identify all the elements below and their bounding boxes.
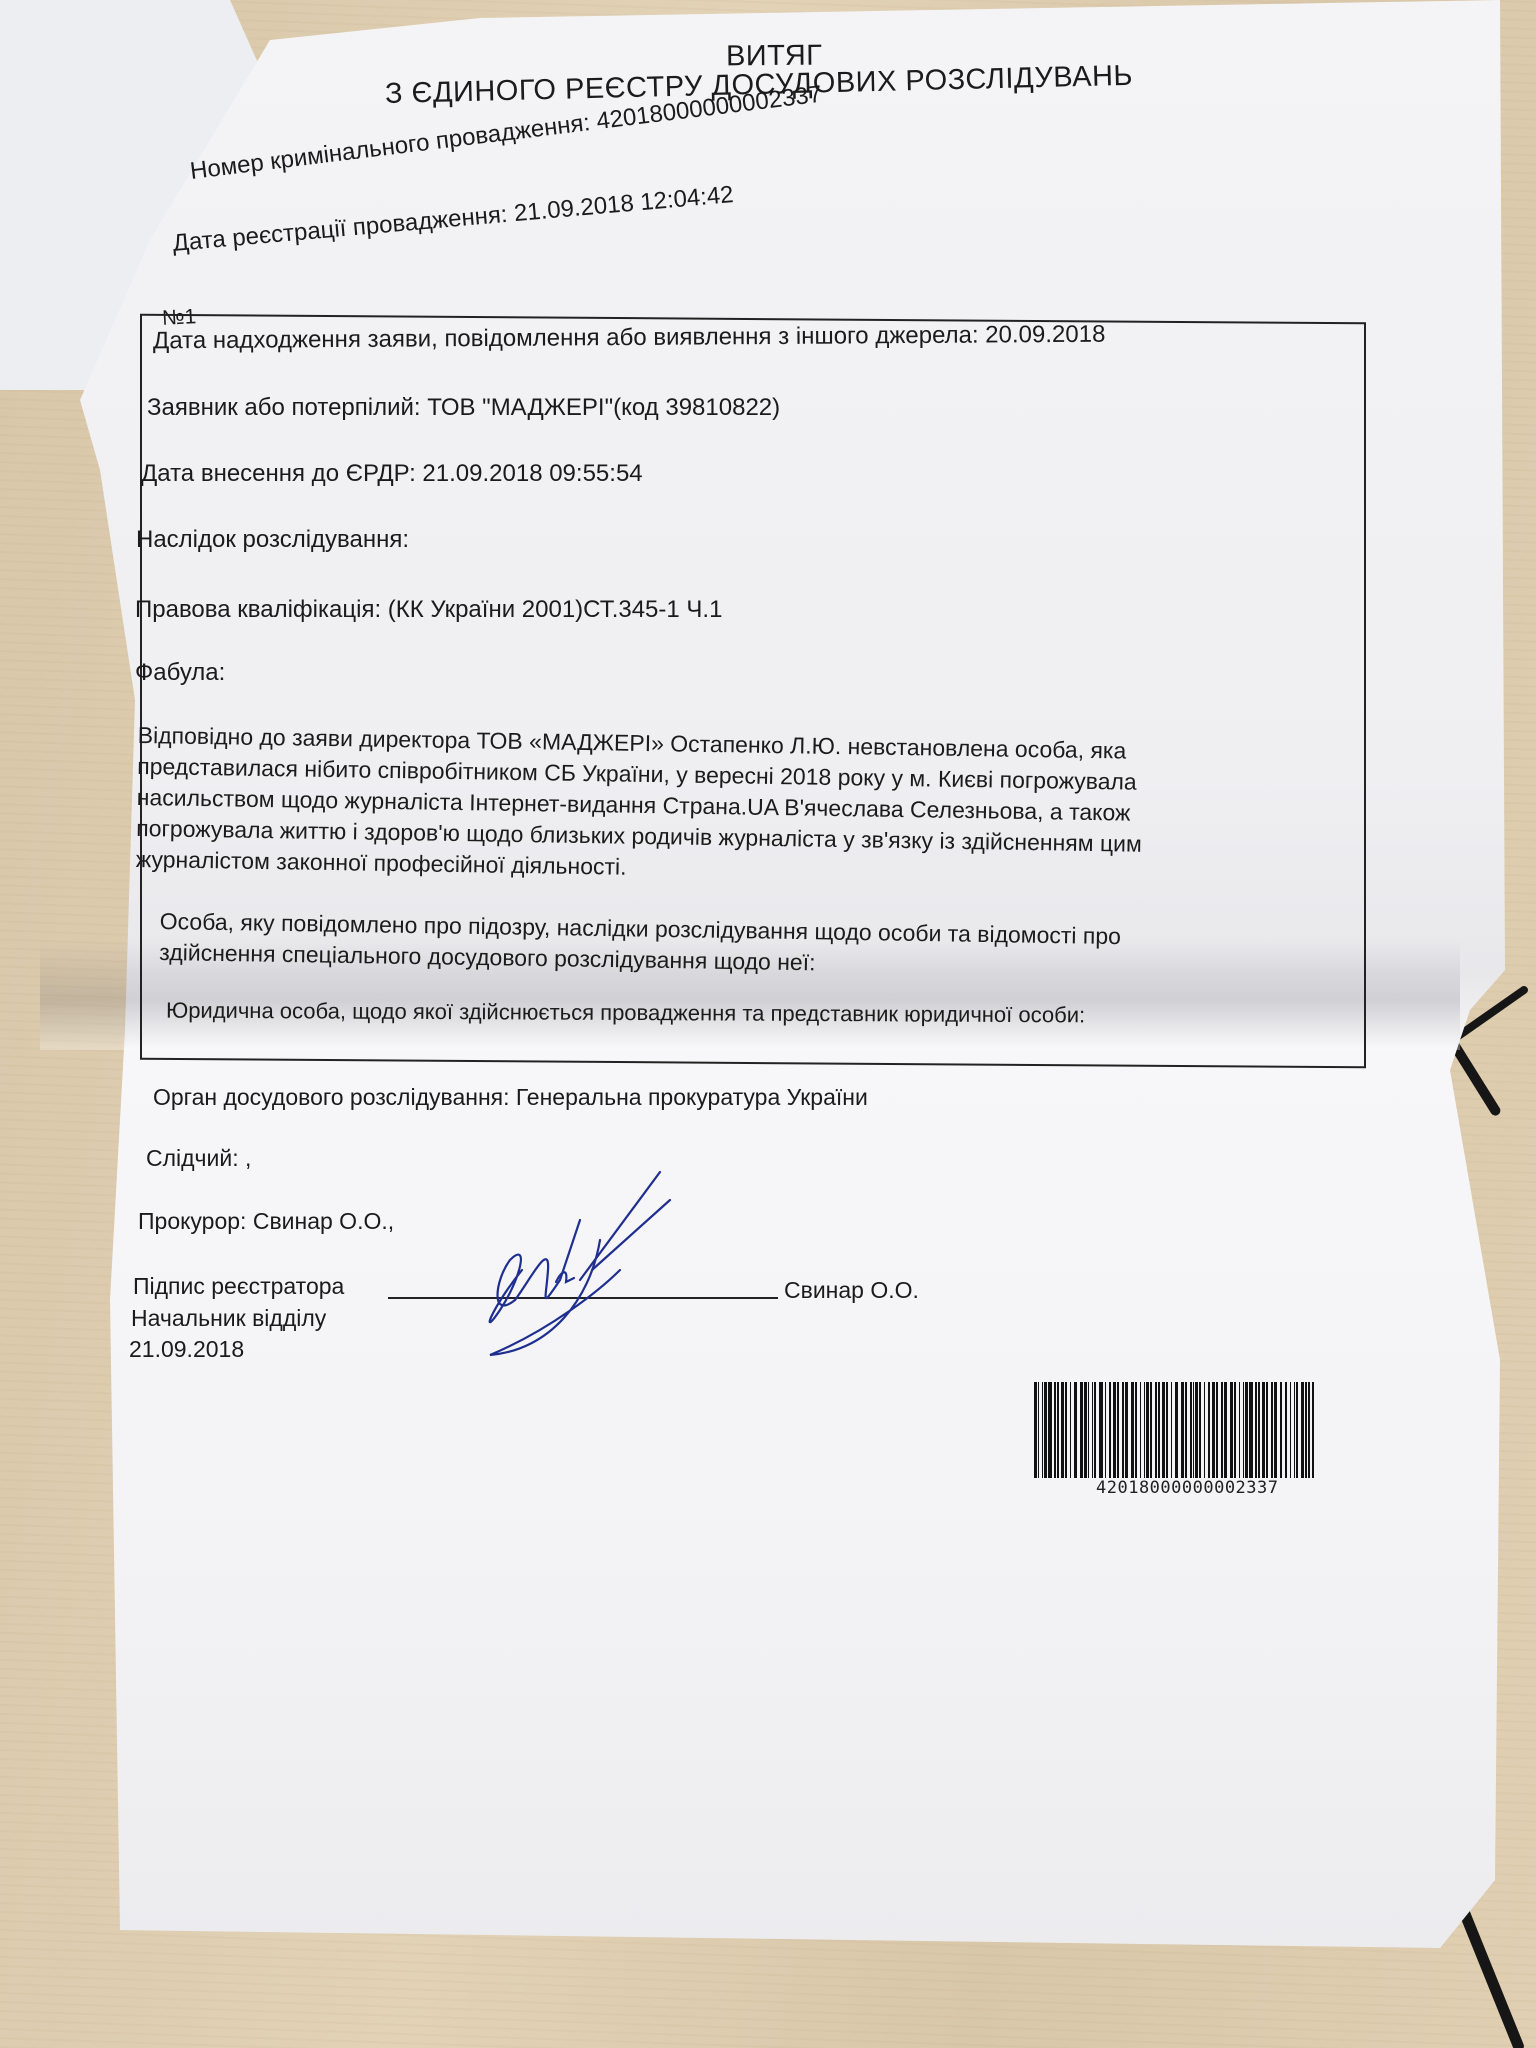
barcode-bar — [1249, 1382, 1253, 1478]
barcode-bar — [1038, 1382, 1039, 1478]
signature-date: 21.09.2018 — [129, 1336, 244, 1363]
barcode-bar — [1125, 1382, 1128, 1478]
barcode-bar — [1084, 1382, 1087, 1478]
barcode-bar — [1054, 1382, 1056, 1478]
barcode-bar — [1199, 1382, 1201, 1478]
barcode-bar — [1094, 1382, 1096, 1478]
barcode-bar — [1061, 1382, 1064, 1478]
barcode-bar — [1224, 1382, 1227, 1478]
barcode-bar — [1221, 1382, 1223, 1478]
barcode-bar — [1117, 1382, 1119, 1478]
barcode-number: 42018000000002337 — [1096, 1478, 1279, 1498]
barcode-bar — [1080, 1382, 1083, 1478]
barcode-bar — [1280, 1382, 1282, 1478]
prosecutor: Прокурор: Свинар О.О., — [138, 1208, 394, 1235]
barcode-bar — [1212, 1382, 1215, 1478]
barcode-bar — [1262, 1382, 1265, 1478]
legal-entity: Юридична особа, щодо якої здійснюється п… — [166, 998, 1085, 1029]
barcode-bar — [1034, 1382, 1037, 1478]
barcode-bar — [1258, 1382, 1260, 1478]
barcode-bar — [1193, 1382, 1194, 1478]
barcode-bar — [1285, 1382, 1287, 1478]
barcode-bar — [1166, 1382, 1168, 1478]
barcode-bar — [1113, 1382, 1116, 1478]
investigation-authority: Орган досудового розслідування: Генераль… — [153, 1084, 868, 1111]
barcode-bar — [1185, 1382, 1187, 1478]
barcode-bar — [1109, 1382, 1111, 1478]
handwritten-signature — [470, 1160, 730, 1360]
barcode-bar — [1245, 1382, 1248, 1478]
barcode-bar — [1296, 1382, 1298, 1478]
investigator: Слідчий: , — [146, 1145, 251, 1172]
barcode-bar — [1088, 1382, 1089, 1478]
barcode-bar — [1131, 1382, 1134, 1478]
barcode-bar — [1146, 1382, 1149, 1478]
barcode-bar — [1042, 1382, 1043, 1478]
fabula-text: Відповідно до заяви директора ТОВ «МАДЖЕ… — [136, 720, 1144, 891]
barcode-bar — [1092, 1382, 1093, 1478]
barcode-bar — [1195, 1382, 1198, 1478]
erdr-date: Дата внесення до ЄРДР: 21.09.2018 09:55:… — [141, 460, 643, 488]
barcode-bar — [1155, 1382, 1157, 1478]
barcode-bar — [1243, 1382, 1244, 1478]
barcode-bar — [1162, 1382, 1165, 1478]
barcode-bar — [1175, 1382, 1178, 1478]
barcode-bar — [1208, 1382, 1210, 1478]
barcode-bar — [1070, 1382, 1071, 1478]
barcode-bar — [1048, 1382, 1052, 1478]
barcode-bar — [1255, 1382, 1257, 1478]
barcode-bar — [1234, 1382, 1236, 1478]
barcode-bar — [1305, 1382, 1307, 1478]
barcode-bar — [1294, 1382, 1295, 1478]
barcode-bar — [1266, 1382, 1268, 1478]
barcode-bar — [1308, 1382, 1310, 1478]
barcode-bar — [1144, 1382, 1145, 1478]
barcode-bar — [1105, 1382, 1106, 1478]
fabula-label: Фабула: — [135, 659, 225, 687]
barcode-bar — [1099, 1382, 1103, 1478]
barcode-bar — [1135, 1382, 1137, 1478]
barcode-bar — [1239, 1382, 1240, 1478]
barcode-bar — [1190, 1382, 1192, 1478]
legal-qualification: Правова кваліфікація: (КК України 2001)С… — [135, 596, 722, 624]
barcode-bar — [1057, 1382, 1059, 1478]
applicant: Заявник або потерпілий: ТОВ "МАДЖЕРІ"(ко… — [147, 394, 780, 422]
barcode-bar — [1204, 1382, 1205, 1478]
barcode-bar — [1230, 1382, 1233, 1478]
registrar-signature-label: Підпис реєстратора — [133, 1273, 344, 1300]
barcode-bar — [1271, 1382, 1273, 1478]
registrar-position: Начальник відділу — [131, 1305, 326, 1332]
barcode-bar — [1301, 1382, 1304, 1478]
barcode-bar — [1065, 1382, 1067, 1478]
barcode-bar — [1216, 1382, 1218, 1478]
barcode-bar — [1290, 1382, 1291, 1478]
barcode-bar — [1140, 1382, 1141, 1478]
barcode-bar — [1074, 1382, 1077, 1478]
barcode-bar — [1122, 1382, 1124, 1478]
investigation-result-label: Наслідок розслідування: — [136, 526, 409, 554]
barcode-bar — [1312, 1382, 1314, 1478]
barcode-bar — [1158, 1382, 1160, 1478]
barcode-bar — [1171, 1382, 1172, 1478]
barcode — [1034, 1382, 1384, 1478]
barcode-bar — [1044, 1382, 1047, 1478]
barcode-bar — [1274, 1382, 1277, 1478]
barcode-bar — [1150, 1382, 1152, 1478]
registrar-name: Свинар О.О. — [784, 1277, 919, 1304]
barcode-bar — [1181, 1382, 1184, 1478]
